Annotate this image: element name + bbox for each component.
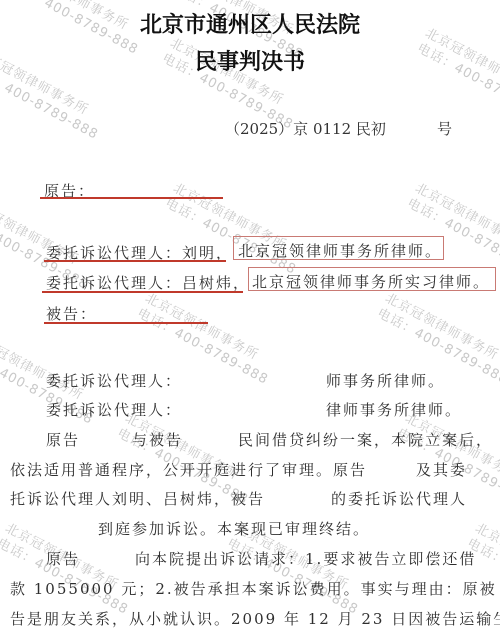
defendant-agent-1-affiliation: 师事务所律师。	[326, 370, 445, 391]
plaintiff-agent-2: 委托诉讼代理人：吕树炜，	[46, 272, 250, 293]
annotation-underline	[44, 322, 208, 324]
body-text: 依法适用普通程序，公开开庭进行了审理。原告	[10, 459, 367, 480]
body-text: 民间借贷纠纷一案，本院立案后，	[238, 429, 493, 450]
agent-2-affiliation: 北京冠领律师事务所实习律师。	[252, 271, 490, 292]
body-text: 与被告	[132, 429, 183, 450]
defendant-agent-1: 委托诉讼代理人：	[46, 370, 182, 391]
body-text: 原告	[46, 548, 80, 569]
court-name: 北京市通州区人民法院	[0, 8, 500, 39]
body-text: 托诉讼代理人刘明、吕树炜，被告	[10, 488, 265, 509]
defendant-label: 被告：	[46, 303, 97, 324]
body-text: 款 1055000 元；2.被告承担本案诉讼费用。事实与理由：原被	[10, 578, 497, 599]
annotation-underline	[44, 260, 226, 262]
defendant-agent-2: 委托诉讼代理人：	[46, 399, 182, 420]
document-type: 民事判决书	[0, 45, 500, 76]
case-number: （2025）京 0112 民初 号	[225, 118, 386, 139]
judgment-document: 北京市通州区人民法院 民事判决书 （2025）京 0112 民初 号 原告： 委…	[0, 0, 500, 635]
body-text: 告是朋友关系，从小就认识。2009 年 12 月 23 日因被告运输生	[10, 608, 500, 629]
body-text: 及其委	[416, 459, 467, 480]
defendant-agent-2-affiliation: 律师事务所律师。	[326, 399, 462, 420]
annotation-underline	[40, 197, 223, 199]
body-text: 向本院提出诉讼请求：1.要求被告立即偿还借	[135, 548, 476, 569]
body-text: 的委托诉讼代理人	[331, 488, 467, 509]
body-text: 原告	[46, 429, 80, 450]
annotation-underline	[42, 291, 243, 293]
body-text: 到庭参加诉讼。本案现已审理终结。	[98, 518, 370, 539]
agent-1-affiliation: 北京冠领律师事务所律师。	[238, 240, 442, 261]
